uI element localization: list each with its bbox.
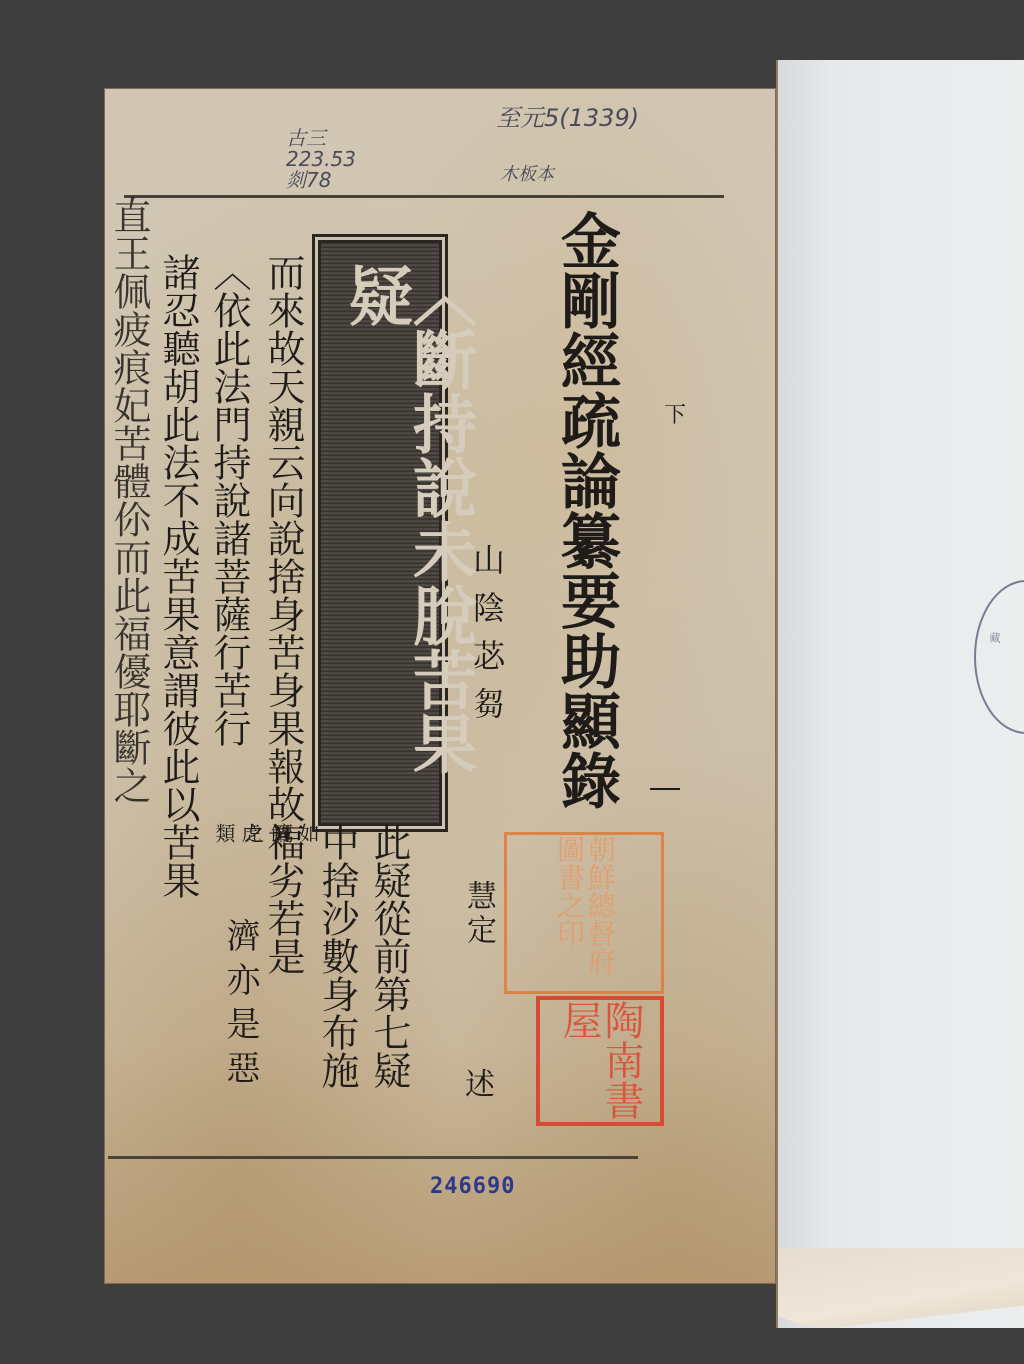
annotation-tail: 濟亦是惡 (216, 918, 265, 1094)
book-title: 金剛經疏論纂要助顯錄 (556, 210, 616, 810)
handwritten-date: 至元5(1339) (496, 106, 639, 131)
circular-library-stamp: 藏 (974, 580, 1024, 734)
text-column-3: 而來故天親云向說捨身苦身果報故福劣若是 (264, 253, 302, 975)
handwritten-edition: 木板本 (500, 166, 554, 185)
text-column-2: 中捨沙數身布施 (318, 823, 356, 1089)
section-heading: 〈斷持說未脫苦果疑 (343, 263, 471, 823)
text-column-6: 直王佩疲痕妃苦體伱而此福優耶斷之 (110, 196, 148, 804)
annotation-line-2: 鷹之類 (210, 823, 297, 847)
accession-number-stamp: 246690 (430, 1174, 515, 1199)
text-column-4: 〈依此法門持說諸菩薩行苦行 (210, 253, 248, 823)
book-page: 古三 223.53 剡78 至元5(1339) 木板本 金剛經疏論纂要助顯錄 下… (104, 88, 776, 1284)
leaf-mark (650, 788, 680, 790)
volume-mark: 下 (664, 398, 686, 429)
top-border-rule (124, 195, 724, 198)
bottom-border-rule (108, 1156, 638, 1159)
text-column-1: 此疑從前第七疑 (370, 823, 408, 1089)
folded-corner (778, 1248, 1024, 1328)
author-verb: 述 (454, 1068, 498, 1103)
text-column-5: 諸忍聽胡此法不成苦果意謂彼此以苦果 (159, 253, 197, 899)
section-heading-box: 〈斷持說未脫苦果疑 (318, 240, 442, 826)
seal-upper: 朝鮮總督府圖書之印 (504, 832, 664, 994)
right-blank-page: 藏 (776, 60, 1024, 1328)
seal-lower: 陶南書屋 (536, 996, 664, 1126)
author-name: 慧定 (456, 880, 500, 948)
handwritten-call-number: 古三 223.53 剡78 (286, 128, 366, 191)
